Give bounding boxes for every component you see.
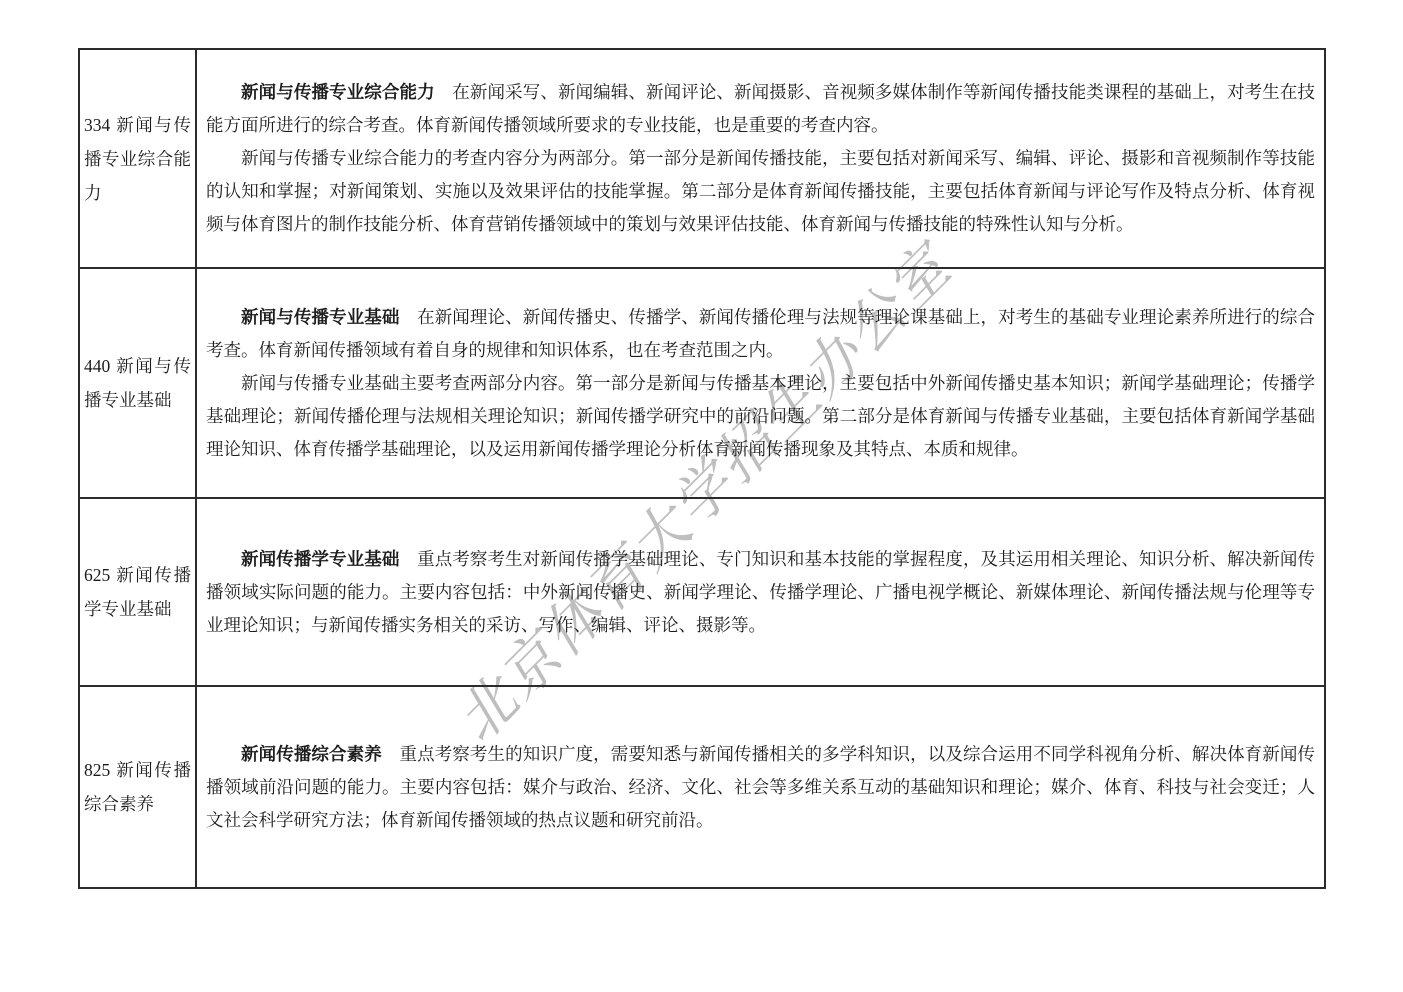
subject-desc-cell: 新闻与传播专业基础 在新闻理论、新闻传播史、传播学、新闻传播伦理与法规等理论课基… xyxy=(196,268,1325,498)
subject-title: 新闻传播综合素养 xyxy=(241,744,382,764)
desc-paragraph: 新闻与传播专业综合能力 在新闻采写、新闻编辑、新闻评论、新闻摄影、音视频多媒体制… xyxy=(206,76,1315,142)
paragraph-text: 新闻与传播专业基础主要考查两部分内容。第一部分是新闻与传播基本理论，主要包括中外… xyxy=(206,373,1315,459)
table-row: 625 新闻传播学专业基础新闻传播学专业基础 重点考察考生对新闻传播学基础理论、… xyxy=(79,498,1325,686)
subject-code-cell: 625 新闻传播学专业基础 xyxy=(79,498,196,686)
table-row: 440 新闻与传播专业基础新闻与传播专业基础 在新闻理论、新闻传播史、传播学、新… xyxy=(79,268,1325,498)
subject-code: 334 新闻与传播专业综合能力 xyxy=(84,108,191,210)
subject-desc-cell: 新闻传播学专业基础 重点考察考生对新闻传播学基础理论、专门知识和基本技能的掌握程… xyxy=(196,498,1325,686)
document-page: 北京体育大学招生办公室 334 新闻与传播专业综合能力新闻与传播专业综合能力 在… xyxy=(0,0,1403,992)
subject-code-cell: 334 新闻与传播专业综合能力 xyxy=(79,49,196,268)
subject-code: 440 新闻与传播专业基础 xyxy=(84,349,191,417)
subject-table-body: 334 新闻与传播专业综合能力新闻与传播专业综合能力 在新闻采写、新闻编辑、新闻… xyxy=(79,49,1325,888)
paragraph-text: 新闻与传播专业综合能力的考查内容分为两部分。第一部分是新闻传播技能，主要包括对新… xyxy=(206,148,1315,234)
subject-code-cell: 440 新闻与传播专业基础 xyxy=(79,268,196,498)
subject-code: 825 新闻传播综合素养 xyxy=(84,753,191,821)
table-row: 334 新闻与传播专业综合能力新闻与传播专业综合能力 在新闻采写、新闻编辑、新闻… xyxy=(79,49,1325,268)
subject-desc-cell: 新闻与传播专业综合能力 在新闻采写、新闻编辑、新闻评论、新闻摄影、音视频多媒体制… xyxy=(196,49,1325,268)
subject-title: 新闻传播学专业基础 xyxy=(241,549,399,569)
subject-table: 334 新闻与传播专业综合能力新闻与传播专业综合能力 在新闻采写、新闻编辑、新闻… xyxy=(78,48,1326,889)
desc-paragraph: 新闻传播综合素养 重点考察考生的知识广度，需要知悉与新闻传播相关的多学科知识，以… xyxy=(206,738,1315,837)
desc-paragraph: 新闻与传播专业基础主要考查两部分内容。第一部分是新闻与传播基本理论，主要包括中外… xyxy=(206,367,1315,466)
desc-paragraph: 新闻传播学专业基础 重点考察考生对新闻传播学基础理论、专门知识和基本技能的掌握程… xyxy=(206,543,1315,642)
subject-code: 625 新闻传播学专业基础 xyxy=(84,558,191,626)
subject-desc-cell: 新闻传播综合素养 重点考察考生的知识广度，需要知悉与新闻传播相关的多学科知识，以… xyxy=(196,686,1325,888)
desc-paragraph: 新闻与传播专业基础 在新闻理论、新闻传播史、传播学、新闻传播伦理与法规等理论课基… xyxy=(206,301,1315,367)
desc-paragraph: 新闻与传播专业综合能力的考查内容分为两部分。第一部分是新闻传播技能，主要包括对新… xyxy=(206,142,1315,241)
subject-title: 新闻与传播专业基础 xyxy=(241,307,399,327)
subject-code-cell: 825 新闻传播综合素养 xyxy=(79,686,196,888)
table-row: 825 新闻传播综合素养新闻传播综合素养 重点考察考生的知识广度，需要知悉与新闻… xyxy=(79,686,1325,888)
subject-title: 新闻与传播专业综合能力 xyxy=(241,82,435,102)
